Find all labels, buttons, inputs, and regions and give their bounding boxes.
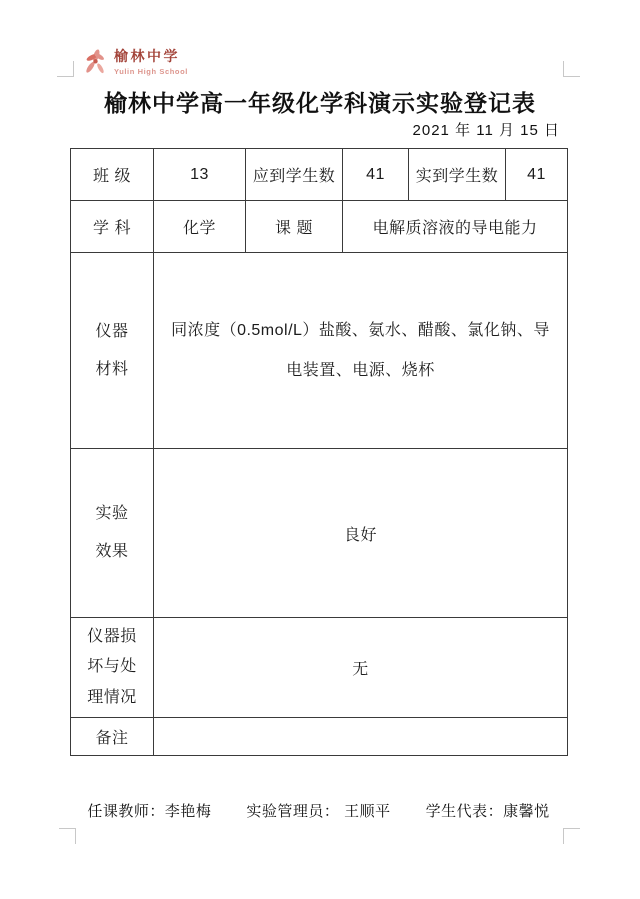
registration-form-table: 班 级 13 应到学生数 41 实到学生数 41 学 科 化学 课 题 电解质溶… xyxy=(70,148,567,756)
student-representative-signature: 学生代表：康馨悦 xyxy=(426,800,550,821)
equipment-value-cell: 同浓度（0.5mol/L）盐酸、氨水、醋酸、氯化钠、导电装置、电源、烧杯 xyxy=(154,253,568,449)
table-row-damage: 仪器损 坏与处 理情况 无 xyxy=(71,618,568,718)
table-row-effect: 实验 效果 良好 xyxy=(71,449,568,618)
lab-manager-signature: 实验管理员： 王顺平 xyxy=(246,800,390,821)
topic-value-cell: 电解质溶液的导电能力 xyxy=(343,201,568,253)
expected-students-value-cell: 41 xyxy=(343,149,409,201)
class-value-cell: 13 xyxy=(154,149,246,201)
class-label-cell: 班 级 xyxy=(71,149,154,201)
crop-mark-bottom-left xyxy=(59,828,76,844)
actual-students-value-cell: 41 xyxy=(506,149,568,201)
document-date: 2021 年 11 月 15 日 xyxy=(413,119,560,140)
school-name-en: Yulin High School xyxy=(114,67,188,76)
table-row-class: 班 级 13 应到学生数 41 实到学生数 41 xyxy=(71,149,568,201)
remarks-label-cell: 备注 xyxy=(71,718,154,756)
crop-mark-top-left xyxy=(57,61,74,77)
table-row-subject: 学 科 化学 课 题 电解质溶液的导电能力 xyxy=(71,201,568,253)
school-name-zh: 榆林中学 xyxy=(114,49,188,64)
teacher-signature: 任课教师：李艳梅 xyxy=(87,800,211,821)
crop-mark-bottom-right xyxy=(563,828,580,844)
crop-mark-top-right xyxy=(563,61,580,77)
topic-label-cell: 课 题 xyxy=(246,201,343,253)
actual-students-label-cell: 实到学生数 xyxy=(409,149,506,201)
damage-value-cell: 无 xyxy=(154,618,568,718)
subject-value-cell: 化学 xyxy=(154,201,246,253)
subject-label-cell: 学 科 xyxy=(71,201,154,253)
table-row-remarks: 备注 xyxy=(71,718,568,756)
equipment-label-cell: 仪器 材料 xyxy=(71,253,154,449)
document-page: 榆林中学 Yulin High School 榆林中学高一年级化学科演示实验登记… xyxy=(0,0,640,899)
table-row-equipment: 仪器 材料 同浓度（0.5mol/L）盐酸、氨水、醋酸、氯化钠、导电装置、电源、… xyxy=(71,253,568,449)
remarks-value-cell xyxy=(154,718,568,756)
school-logo: 榆林中学 Yulin High School xyxy=(82,46,188,80)
damage-label-cell: 仪器损 坏与处 理情况 xyxy=(71,618,154,718)
expected-students-label-cell: 应到学生数 xyxy=(246,149,343,201)
page-title: 榆林中学高一年级化学科演示实验登记表 xyxy=(0,85,640,118)
effect-label-cell: 实验 效果 xyxy=(71,449,154,618)
flower-icon xyxy=(82,46,109,80)
effect-value-cell: 良好 xyxy=(154,449,568,618)
signature-footer: 任课教师：李艳梅 实验管理员： 王顺平 学生代表：康馨悦 xyxy=(70,800,567,821)
